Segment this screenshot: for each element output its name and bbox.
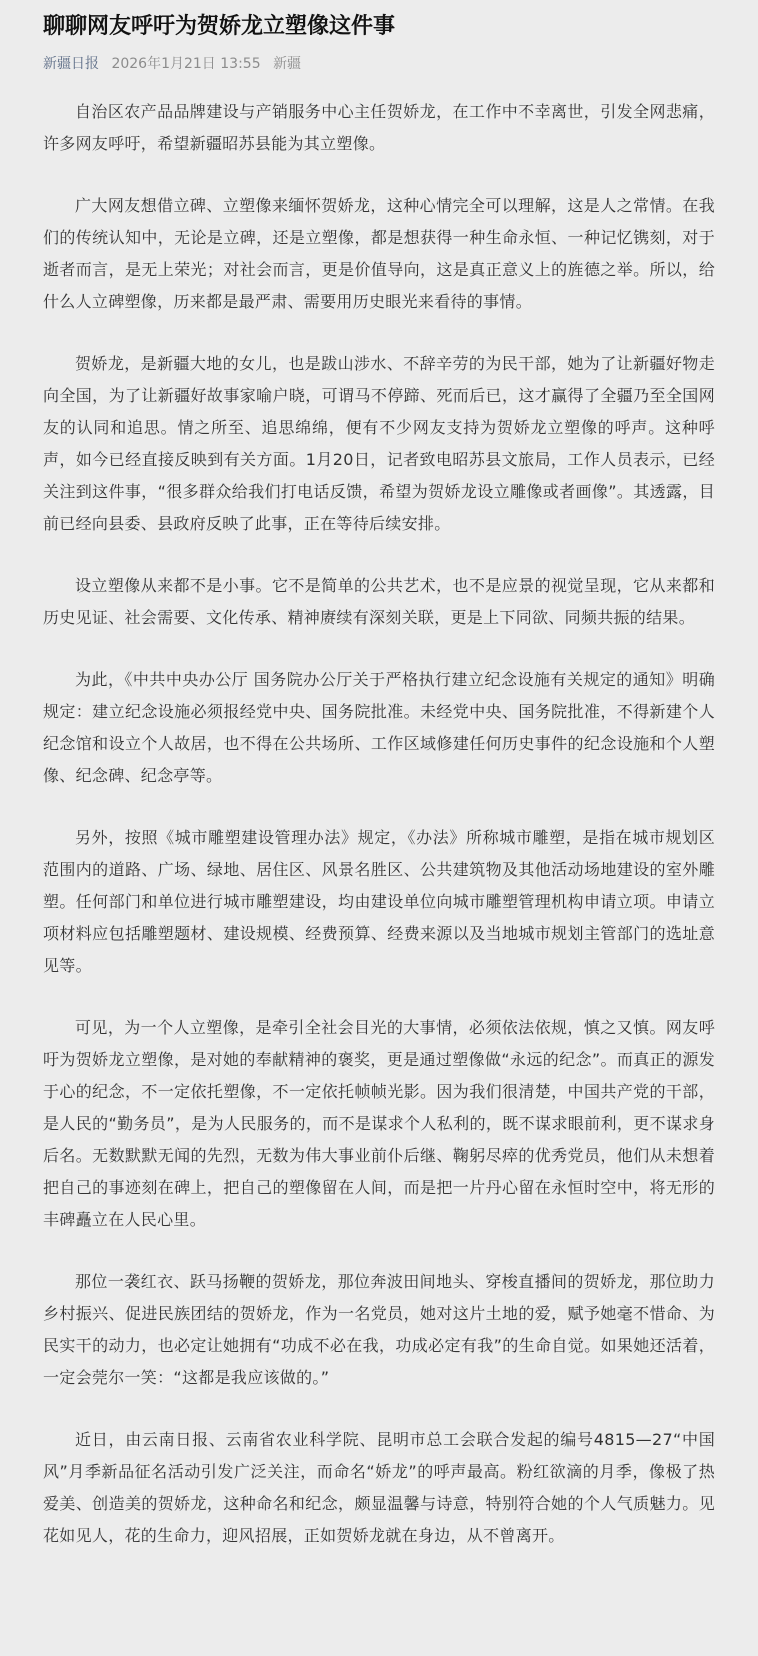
paragraph-1: 自治区农产品品牌建设与产销服务中心主任贺娇龙，在工作中不幸离世，引发全网悲痛，许… (43, 96, 715, 160)
article: 聊聊网友呼吁为贺娇龙立塑像这件事 新疆日报 2026年1月21日 13:55 新… (0, 0, 758, 1552)
publish-datetime: 2026年1月21日 13:55 (111, 56, 260, 72)
paragraph-6: 另外，按照《城市雕塑建设管理办法》规定，《办法》所称城市雕塑，是指在城市规划区范… (43, 822, 715, 982)
byline: 新疆日报 2026年1月21日 13:55 新疆 (43, 54, 715, 74)
paragraph-2: 广大网友想借立碑、立塑像来缅怀贺娇龙，这种心情完全可以理解，这是人之常情。在我们… (43, 190, 715, 318)
source-link[interactable]: 新疆日报 (43, 56, 99, 72)
paragraph-8: 那位一袭红衣、跃马扬鞭的贺娇龙，那位奔波田间地头、穿梭直播间的贺娇龙，那位助力乡… (43, 1266, 715, 1394)
paragraph-3: 贺娇龙，是新疆大地的女儿，也是跋山涉水、不辞辛劳的为民干部，她为了让新疆好物走向… (43, 348, 715, 540)
article-title: 聊聊网友呼吁为贺娇龙立塑像这件事 (43, 10, 715, 42)
location-label: 新疆 (273, 56, 301, 72)
paragraph-4: 设立塑像从来都不是小事。它不是简单的公共艺术，也不是应景的视觉呈现，它从来都和历… (43, 570, 715, 634)
article-body: 自治区农产品品牌建设与产销服务中心主任贺娇龙，在工作中不幸离世，引发全网悲痛，许… (43, 96, 715, 1552)
paragraph-5: 为此，《中共中央办公厅 国务院办公厅关于严格执行建立纪念设施有关规定的通知》明确… (43, 664, 715, 792)
paragraph-9: 近日，由云南日报、云南省农业科学院、昆明市总工会联合发起的编号4815—27“中… (43, 1424, 715, 1552)
paragraph-7: 可见，为一个人立塑像，是牵引全社会目光的大事情，必须依法依规，慎之又慎。网友呼吁… (43, 1012, 715, 1236)
